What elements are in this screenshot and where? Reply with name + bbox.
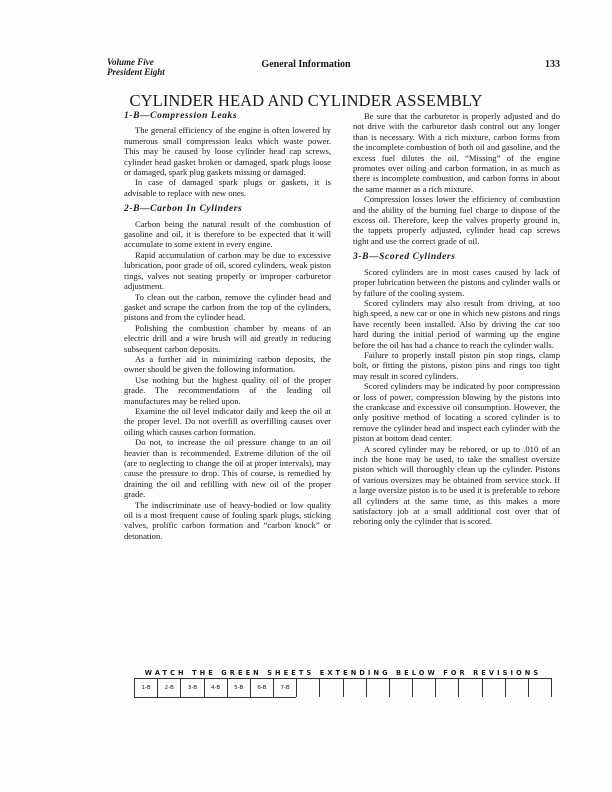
paragraph: Polishing the combustion chamber by mean…	[124, 323, 331, 354]
section-heading-2b: 2-B—Carbon In Cylinders	[124, 204, 331, 214]
revision-tab-empty	[505, 679, 528, 697]
paragraph: A scored cylinder may be rebored, or up …	[353, 444, 560, 527]
revision-tab-empty	[389, 679, 412, 697]
revision-tab: 5-B	[227, 679, 250, 698]
revision-tabs: 1-B 2-B 3-B 4-B 5-B 6-B 7-B	[134, 678, 552, 699]
paragraph: Be sure that the carburetor is properly …	[353, 111, 560, 194]
revision-tab-empty	[296, 679, 319, 697]
paragraph: Examine the oil level indicator daily an…	[124, 406, 331, 437]
revisions-notice: WATCH THE GREEN SHEETS EXTENDING BELOW F…	[132, 669, 554, 677]
paragraph: As a further aid in minimizing carbon de…	[124, 354, 331, 375]
revision-tab: 4-B	[204, 679, 227, 698]
paragraph: Failure to properly install piston pin s…	[353, 350, 560, 381]
revision-tab-empty	[343, 679, 366, 697]
document-page: Volume Five President Eight General Info…	[0, 0, 612, 792]
paragraph: Rapid accumulation of carbon may be due …	[124, 250, 331, 292]
revision-tab-empty	[412, 679, 435, 697]
revision-tab: 7-B	[273, 679, 296, 698]
page-number: 133	[545, 59, 560, 70]
page-title: CYLINDER HEAD AND CYLINDER ASSEMBLY	[0, 91, 612, 111]
paragraph: The general efficiency of the engine is …	[124, 125, 331, 177]
paragraph: Carbon being the natural result of the c…	[124, 219, 331, 250]
paragraph: Scored cylinders may be indicated by poo…	[353, 381, 560, 443]
paragraph: Scored cylinders may also result from dr…	[353, 298, 560, 350]
revision-tab: 1-B	[134, 679, 157, 698]
revision-tab: 2-B	[157, 679, 180, 698]
revision-tab: 3-B	[180, 679, 203, 698]
paragraph: Compression losses lower the efficiency …	[353, 194, 560, 246]
revision-tab-empty	[528, 679, 552, 697]
revision-tab-empty	[458, 679, 481, 697]
revision-tab-empty	[366, 679, 389, 697]
section-heading-1b: 1-B—Compression Leaks	[124, 111, 331, 121]
revision-tab-empty	[319, 679, 342, 697]
section-header: General Information	[0, 59, 612, 70]
right-column: Be sure that the carburetor is properly …	[353, 111, 560, 527]
paragraph: Use nothing but the highest quality oil …	[124, 375, 331, 406]
left-column: 1-B—Compression Leaks The general effici…	[124, 111, 331, 541]
paragraph: The indiscriminate use of heavy-bodied o…	[124, 500, 331, 542]
paragraph: Scored cylinders are in most cases cause…	[353, 267, 560, 298]
paragraph: To clean out the carbon, remove the cyli…	[124, 292, 331, 323]
section-heading-3b: 3-B—Scored Cylinders	[353, 252, 560, 262]
revision-tab-empty	[435, 679, 458, 697]
revision-tab-empty	[482, 679, 505, 697]
paragraph: Do not, to increase the oil pressure cha…	[124, 437, 331, 499]
revision-tab: 6-B	[250, 679, 273, 698]
paragraph: In case of damaged spark plugs or gasket…	[124, 177, 331, 198]
